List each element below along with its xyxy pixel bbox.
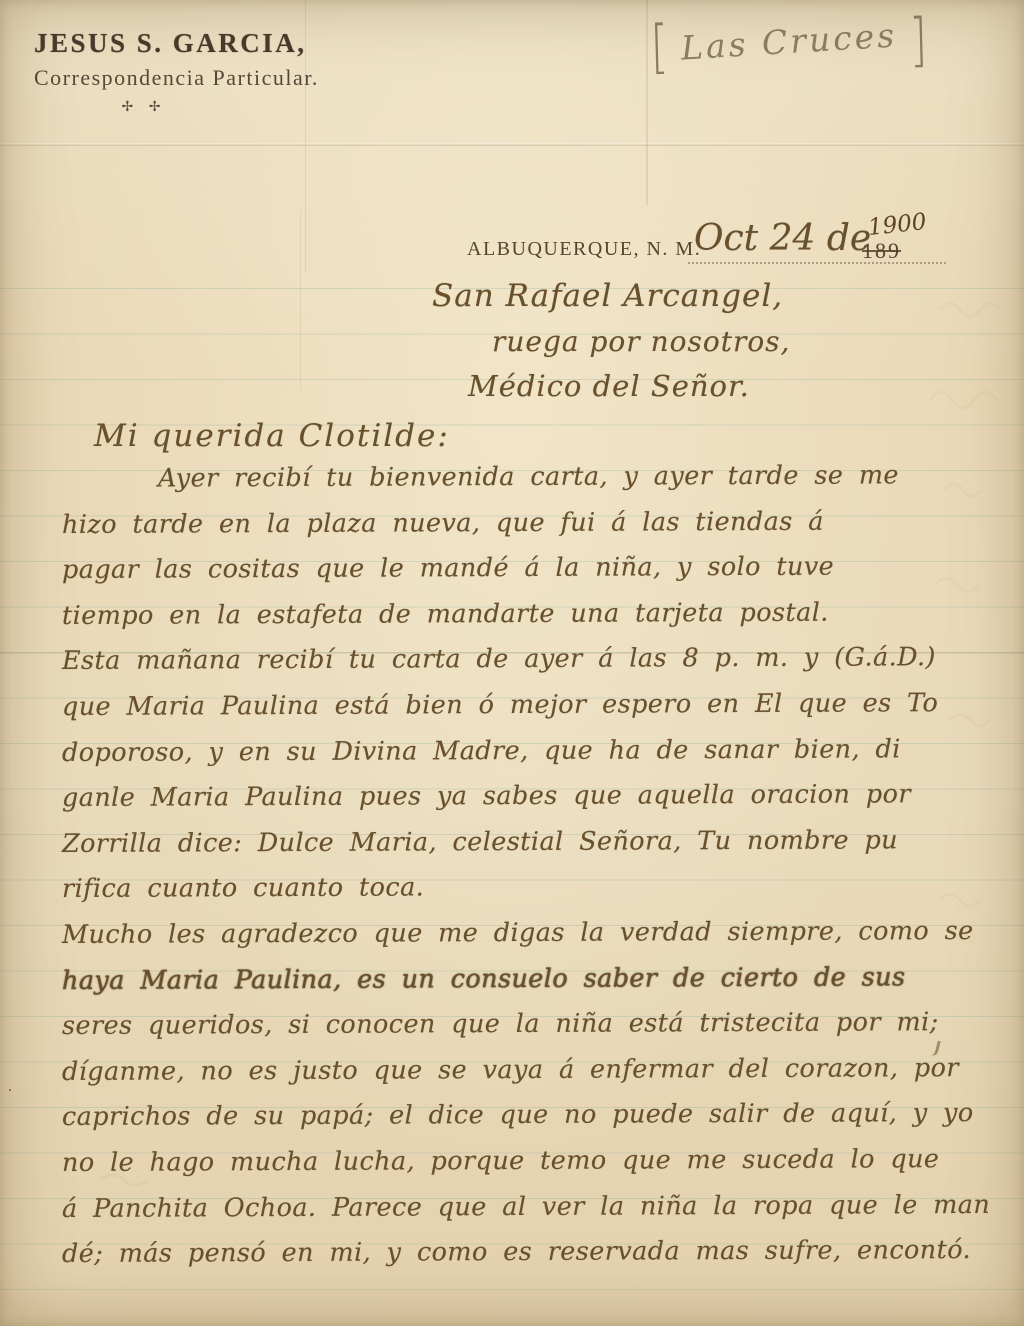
body-line: hizo tarde en la plaza nueva, que fui á …: [62, 506, 970, 556]
invocation-line: ruega por nosotros,: [492, 325, 790, 358]
body-line: dé; más pensó en mi, y como es reservada…: [62, 1235, 970, 1285]
body-line: que Maria Paulina está bien ó mejor espe…: [62, 688, 970, 738]
pencil-annotation: [ Las Cruces ]: [647, 10, 930, 75]
body-line: díganme, no es justo que se vaya á enfer…: [62, 1053, 970, 1103]
handwritten-year: 1900: [867, 209, 928, 241]
body-line: seres queridos, si conocen que la niña e…: [62, 1007, 970, 1057]
margin-pencil-dot: .: [8, 1078, 12, 1096]
letterhead-ornament: ✢ ✢: [34, 99, 254, 116]
horizontal-fold-crease: [0, 143, 1024, 146]
invocation-line: San Rafael Arcangel,: [432, 278, 783, 314]
invocation-line: Médico del Señor.: [468, 369, 750, 403]
handwritten-date: Oct 24 de: [694, 218, 871, 259]
body-line: pagar las cositas que le mandé á la niña…: [62, 551, 970, 601]
letterhead-name: JESUS S. GARCIA,: [34, 28, 319, 59]
body-line: á Panchita Ochoa. Parece que al ver la n…: [62, 1190, 970, 1240]
salutation: Mi querida Clotilde:: [94, 418, 450, 454]
body-line-overwritten: haya Maria Paulina, es un consuelo saber…: [62, 962, 970, 1012]
pencil-annotation-text: Las Cruces: [670, 14, 908, 67]
printed-dotted-line: [688, 262, 946, 264]
body-line: Mucho les agradezco que me digas la verd…: [62, 916, 970, 966]
scanned-letter-page: { "letterhead": { "name": "JESUS S. GARC…: [0, 0, 1024, 1326]
body-line: doporoso, y en su Divina Madre, que ha d…: [62, 734, 970, 784]
body-line: caprichos de su papá; el dice que no pue…: [62, 1098, 970, 1148]
body-line: rifica cuanto cuanto toca.: [62, 870, 970, 920]
body-line: Ayer recibí tu bienvenida carta, y ayer …: [62, 460, 970, 510]
dateline: ALBUQUERQUE, N. M. Oct 24 de 1900 189: [0, 216, 1024, 276]
left-bracket: [: [650, 17, 670, 75]
body-line: tiempo en la estafeta de mandarte una ta…: [62, 597, 970, 647]
body-line: no le hago mucha lucha, porque temo que …: [62, 1144, 970, 1194]
right-bracket: ]: [908, 10, 928, 68]
printed-place: ALBUQUERQUE, N. M.: [467, 238, 701, 261]
body-line: Zorrilla dice: Dulce Maria, celestial Se…: [62, 825, 970, 875]
printed-year-struck: 189: [862, 238, 901, 264]
letter-body: Ayer recibí tu bienvenida carta, y ayer …: [62, 462, 970, 1283]
letterhead: JESUS S. GARCIA, Correspondencia Particu…: [34, 28, 319, 116]
letterhead-subtitle: Correspondencia Particular.: [34, 65, 319, 91]
body-line: Esta mañana recibí tu carta de ayer á la…: [62, 642, 970, 692]
body-line: ganle Maria Paulina pues ya sabes que aq…: [62, 779, 970, 829]
